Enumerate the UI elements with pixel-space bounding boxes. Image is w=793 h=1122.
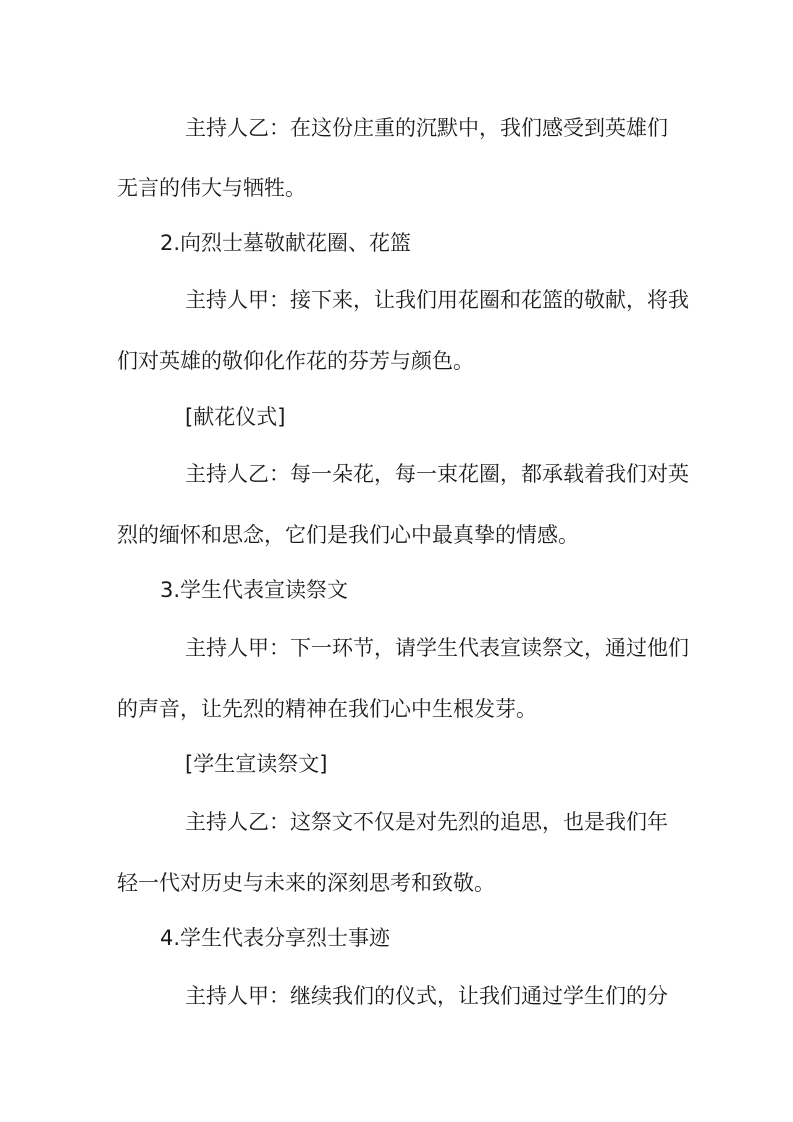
host-b-line-1-cont: 无言的伟大与牺牲。 (117, 175, 306, 201)
stage-direction-flower-ceremony: [献花仪式] (185, 404, 285, 430)
host-b-line-1: 主持人乙：在这份庄重的沉默中，我们感受到英雄们 (185, 115, 668, 141)
section-heading-3: 3.学生代表宣读祭文 (160, 577, 348, 603)
section-heading-4: 4.学生代表分享烈士事迹 (160, 925, 390, 951)
document-page: 主持人乙：在这份庄重的沉默中，我们感受到英雄们 无言的伟大与牺牲。 2.向烈士墓… (0, 0, 793, 1122)
stage-direction-eulogy: [学生宣读祭文] (185, 751, 327, 777)
host-b-line-5-cont: 轻一代对历史与未来的深刻思考和致敬。 (117, 870, 495, 896)
host-a-line-6: 主持人甲：继续我们的仪式，让我们通过学生们的分 (185, 983, 668, 1009)
host-b-line-3-cont: 烈的缅怀和思念，它们是我们心中最真挚的情感。 (117, 522, 579, 548)
host-b-line-3: 主持人乙：每一朵花，每一束花圈，都承载着我们对英 (185, 461, 689, 487)
host-a-line-4-cont: 的声音，让先烈的精神在我们心中生根发芽。 (117, 696, 537, 722)
host-a-line-2-cont: 们对英雄的敬仰化作花的芬芳与颜色。 (117, 348, 474, 374)
host-b-line-5: 主持人乙：这祭文不仅是对先烈的追思，也是我们年 (185, 809, 668, 835)
host-a-line-2: 主持人甲：接下来，让我们用花圈和花篮的敬献，将我 (185, 287, 689, 313)
host-a-line-4: 主持人甲：下一环节，请学生代表宣读祭文，通过他们 (185, 635, 689, 661)
section-heading-2: 2.向烈士墓敬献花圈、花篮 (160, 230, 411, 256)
